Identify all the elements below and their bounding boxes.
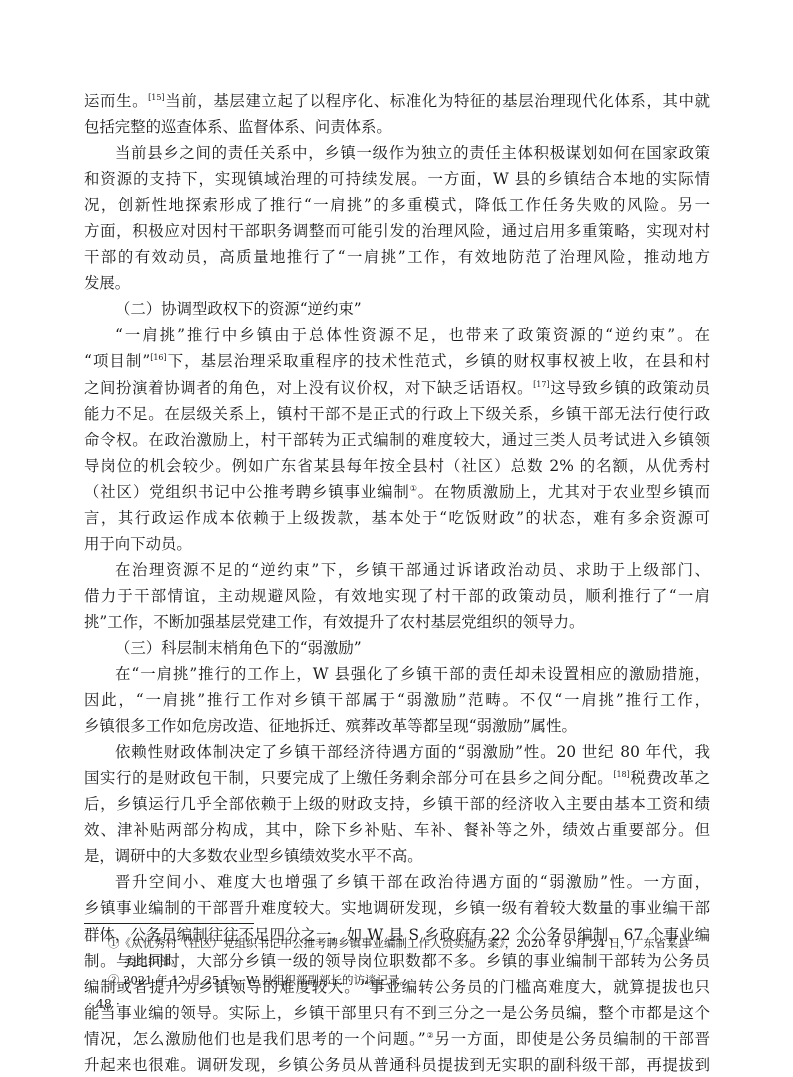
footnote-1-line-2: 委组织部。 (108, 952, 710, 970)
text-line: 当前县乡之间的责任关系中，乡镇一级作为独立的责任主体积极谋划如何在国家政策 (84, 140, 710, 166)
text-line: 之间扮演着协调者的角色，对上没有议价权，对下缺乏话语权。[17]这导致乡镇的政策… (84, 375, 710, 401)
footnote-1: ①《从优秀村（社区）党组织书记中公推考聘乡镇事业编制工作人员实施方案》，2020… (108, 934, 710, 970)
text-line: 干部的有效动员，高质量地推行了“一肩挑”工作，有效地防范了治理风险，推动地方 (84, 244, 710, 270)
text-line: 在治理资源不足的“逆约束”下，乡镇干部通过诉诸政治动员、求助于上级部门、 (84, 557, 710, 583)
text-line: 因此，“一肩挑”推行工作对乡镇干部属于“弱激励”范畴。不仅“一肩挑”推行工作， (84, 687, 710, 713)
footnote-divider (84, 923, 254, 924)
body-text: 运而生。[15]当前，基层建立起了以程序化、标准化为特征的基层治理现代化体系，其… (84, 88, 710, 1077)
text-line: 能当事业编的领导。实际上，乡镇干部里只有不到三分之一是公务员编，整个市都是这个 (84, 1000, 710, 1026)
text-line: 挑”工作，不断加强基层党建工作，有效提升了农村基层党组织的领导力。 (84, 609, 710, 635)
citation-marker: [15] (148, 93, 164, 102)
page-number: · 48 · (88, 996, 120, 1011)
text-line: 是，调研中的大多数农业型乡镇绩效奖水平不高。 (84, 843, 710, 869)
text-line: “一肩挑”推行中乡镇由于总体性资源不足，也带来了政策资源的“逆约束”。在 (84, 322, 710, 348)
text-line: 情况，怎么激励他们也是我们思考的一个问题。”②另一方面，即使是公务员编制的干部晋 (84, 1026, 710, 1052)
text-line: 乡镇事业编制的干部晋升难度较大。实地调研发现，乡镇一级有着较大数量的事业编干部 (84, 895, 710, 921)
text-line: 和资源的支持下，实现镇域治理的可持续发展。一方面，W 县的乡镇结合本地的实际情 (84, 166, 710, 192)
text-line: 乡镇很多工作如危房改造、征地拆迁、殡葬改革等都呈现“弱激励”属性。 (84, 713, 710, 739)
section-heading: （二）协调型政权下的资源“逆约束” (84, 296, 710, 322)
text-line: 包括完整的巡查体系、监督体系、问责体系。 (84, 114, 710, 140)
footnote-2: ② 2021 年 12 月 25 日，W 县组织部副部长的访谈记录。 (108, 971, 710, 989)
text-line: （社区）党组织书记中公推考聘乡镇事业编制①。在物质激励上，尤其对于农业型乡镇而 (84, 479, 710, 505)
citation-marker: ① (410, 484, 418, 493)
text-line: 效、津补贴两部分构成，其中，除下乡补贴、车补、餐补等之外，绩效占重要部分。但 (84, 817, 710, 843)
text-line: 在“一肩挑”推行的工作上，W 县强化了乡镇干部的责任却未设置相应的激励措施， (84, 661, 710, 687)
text-line: 用于向下动员。 (84, 531, 710, 557)
text-line: 后，乡镇运行几乎全部依赖于上级的财政支持，乡镇干部的经济收入主要由基本工资和绩 (84, 791, 710, 817)
text-line: 升起来也很难。调研发现，乡镇公务员从普通科员提拔到无实职的副科级干部，再提拔到 (84, 1052, 710, 1077)
text-line: 借力于干部情谊，主动规避风险，有效地实现了村干部的政策动员，顺利推行了“一肩 (84, 583, 710, 609)
footnote-1-line-1: ①《从优秀村（社区）党组织书记中公推考聘乡镇事业编制工作人员实施方案》，2020… (108, 934, 710, 952)
text-line: 发展。 (84, 270, 710, 296)
text-line: 国实行的是财政包干制，只要完成了上缴任务剩余部分可在县乡之间分配。[18]税费改… (84, 765, 710, 791)
text-line: 运而生。[15]当前，基层建立起了以程序化、标准化为特征的基层治理现代化体系，其… (84, 88, 710, 114)
text-line: 方面，积极应对因村干部职务调整而可能引发的治理风险，通过启用多重策略，实现对村 (84, 218, 710, 244)
text-line: 况，创新性地探索形成了推行“一肩挑”的多重模式，降低工作任务失败的风险。另一 (84, 192, 710, 218)
text-line: 命令权。在政治激励上，村干部转为正式编制的难度较大，通过三类人员考试进入乡镇领 (84, 427, 710, 453)
text-line: 言，其行政运作成本依赖于上级拨款，基本处于“吃饭财政”的状态，难有多余资源可 (84, 505, 710, 531)
text-line: 晋升空间小、难度大也增强了乡镇干部在政治待遇方面的“弱激励”性。一方面， (84, 869, 710, 895)
text-line: 能力不足。在层级关系上，镇村干部不是正式的行政上下级关系，乡镇干部无法行使行政 (84, 401, 710, 427)
citation-marker: [18] (613, 770, 629, 779)
citation-marker: [16] (150, 353, 166, 362)
citation-marker: [17] (533, 380, 549, 389)
section-heading: （三）科层制末梢角色下的“弱激励” (84, 635, 710, 661)
text-line: “项目制”[16]下，基层治理采取重程序的技术性范式，乡镇的财权事权被上收，在县… (84, 348, 710, 374)
text-line: 导岗位的机会较少。例如广东省某县每年按全县村（社区）总数 2% 的名额，从优秀村 (84, 453, 710, 479)
text-line: 依赖性财政体制决定了乡镇干部经济待遇方面的“弱激励”性。20 世纪 80 年代，… (84, 739, 710, 765)
